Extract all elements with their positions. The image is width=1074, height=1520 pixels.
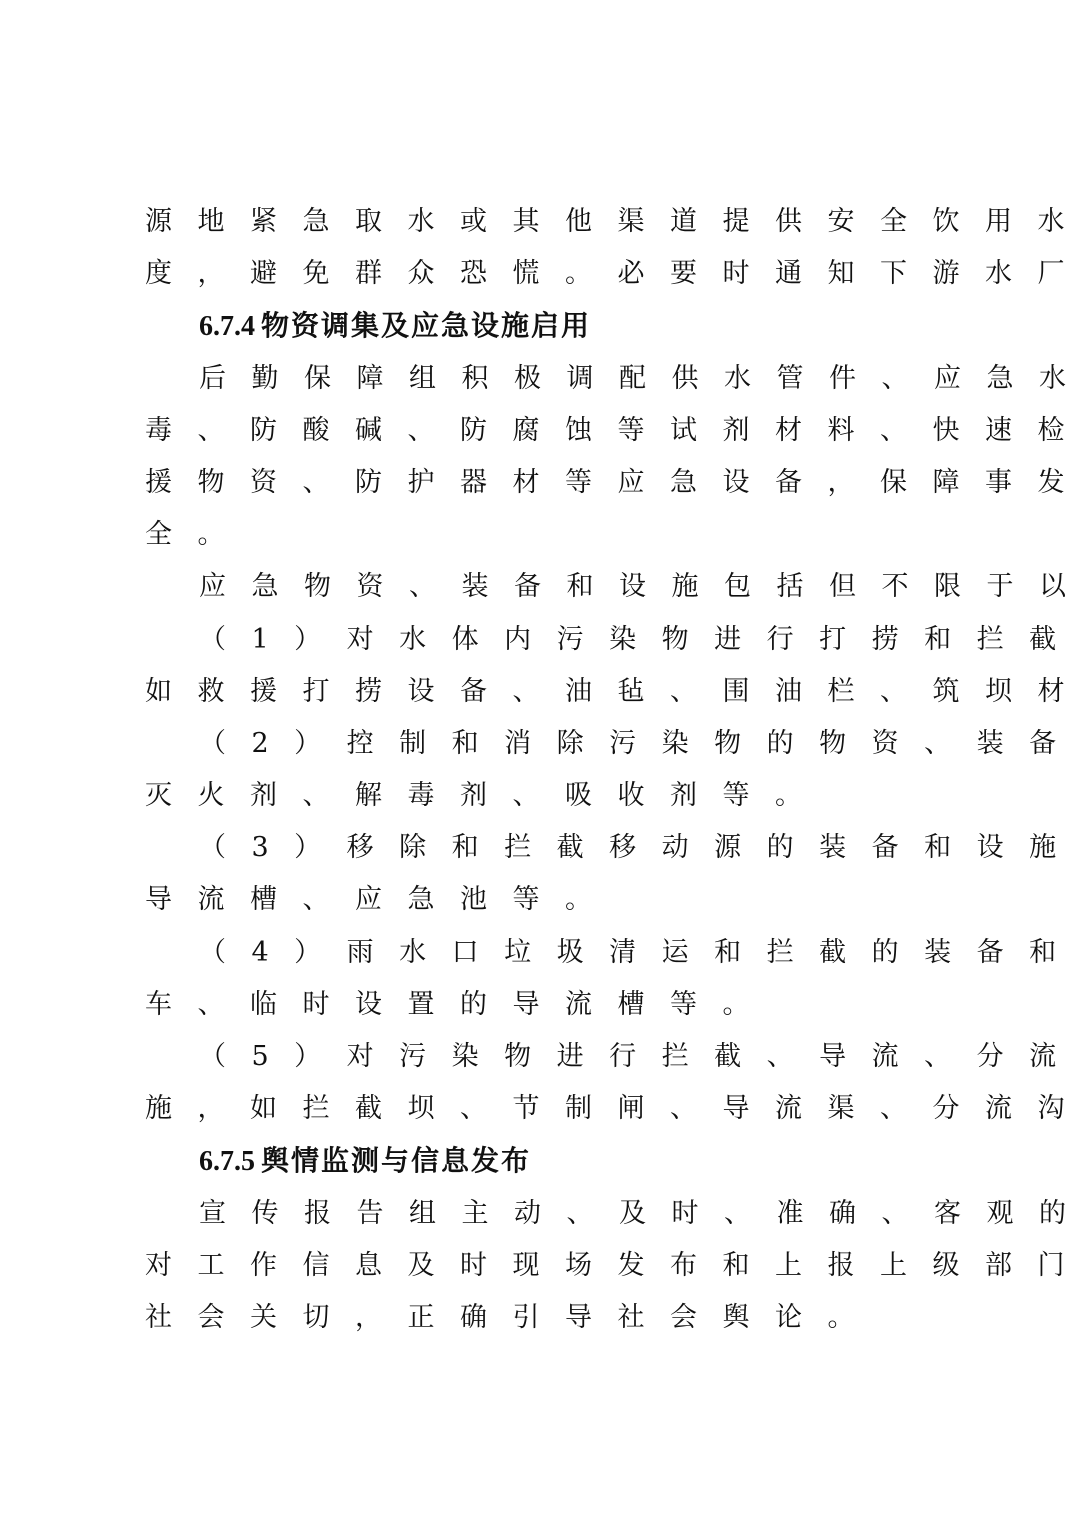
list-item-5: （5）对污染物进行拦截、导流、分流及降解的应急工程设 xyxy=(145,1031,965,1083)
text-line: 源地紧急取水或其他渠道提供安全饮用水,并加大宣传和引导力 xyxy=(145,196,965,248)
document-page: 源地紧急取水或其他渠道提供安全饮用水,并加大宣传和引导力 度，避免群众恐慌。必要… xyxy=(145,196,965,1344)
text-line: 如救援打捞设备、油毡、围油栏、筑坝材料、溢出控制装备等。 xyxy=(145,666,965,718)
text-line: 车、临时设置的导流槽等。 xyxy=(145,979,965,1031)
text-line: 宣传报告组主动、及时、准确、客观的将突发环境事件和应 xyxy=(145,1188,965,1240)
text-line: 导流槽、应急池等。 xyxy=(145,874,965,926)
text-line: 施，如拦截坝、节制闸、导流渠、分流沟、前置库等。 xyxy=(145,1083,965,1135)
text-line: 灭火剂、解毒剂、吸收剂等。 xyxy=(145,770,965,822)
text-line: 对工作信息及时现场发布和上报上级部门，澄清不实信息，回应 xyxy=(145,1240,965,1292)
list-item-2: （2）控制和消除污染物的物资、装备和设施，如中和剂、 xyxy=(145,718,965,770)
section-title: 舆情监测与信息发布 xyxy=(261,1144,531,1177)
section-title: 物资调集及应急设施启用 xyxy=(261,309,591,342)
text-line: 度，避免群众恐慌。必要时通知下游水厂停水或采取保护措施。 xyxy=(145,248,965,300)
section-heading-6-7-5: 6.7.5舆情监测与信息发布 xyxy=(145,1135,965,1187)
section-number: 6.7.5 xyxy=(199,1146,255,1177)
text-line: 全。 xyxy=(145,509,965,561)
text-line: 社会关切，正确引导社会舆论。 xyxy=(145,1292,965,1344)
text-line: 毒、防酸碱、防腐蚀等试剂材料、快速检验检测设备、隔离、救 xyxy=(145,405,965,457)
section-heading-6-7-4: 6.7.4物资调集及应急设施启用 xyxy=(145,300,965,352)
text-line: 援物资、防护器材等应急设备，保障事发当时居民饮水需求和安 xyxy=(145,457,965,509)
text-line: 应急物资、装备和设施包括但不限于以下内容。 xyxy=(145,561,965,613)
text-line: 后勤保障组积极调配供水管件、应急水源、清污、除油、解 xyxy=(145,353,965,405)
list-item-3: （3）移除和拦截移动源的装备和设施，如吊车、临时围堰、 xyxy=(145,822,965,874)
list-item-1: （1）对水体内污染物进行打捞和拦截的物资、装备和设施， xyxy=(145,614,965,666)
section-number: 6.7.4 xyxy=(199,311,255,342)
list-item-4: （4）雨水口垃圾清运和拦截的装备和设施，如格栅、清运 xyxy=(145,927,965,979)
